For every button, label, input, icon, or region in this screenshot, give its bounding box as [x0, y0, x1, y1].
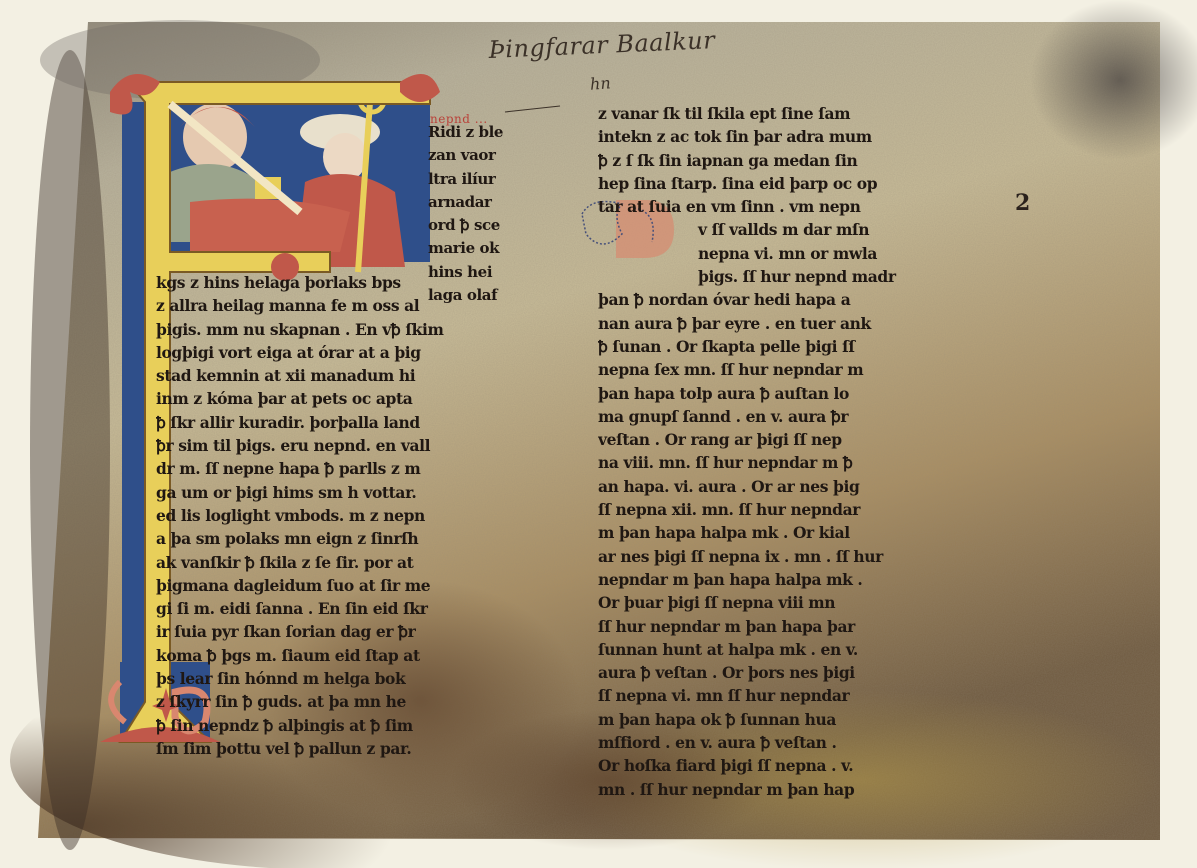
text-line: koma ꝥ þgs m. ſiaum eid ſtap at	[156, 644, 546, 667]
text-line: marie ok	[428, 237, 548, 260]
text-line: z allra heilag manna fe m oss al	[156, 294, 546, 317]
text-line: gi ſi m. eidi ſanna . En ſin eid ſkr	[156, 597, 546, 620]
text-line: Or hoſka fiard þigi ſſ nepna . v.	[598, 754, 998, 777]
text-line: dr m. ſſ nepne hapa ꝥ parlls z m	[156, 457, 546, 480]
text-line: ſſ nepna xii. mn. ſſ hur nepndar	[598, 498, 998, 521]
text-line: intekn z ac tok ſin þar adra mum	[598, 125, 998, 148]
text-line: nepndar m þan hapa halpa mk .	[598, 568, 998, 591]
text-line: ga um or þigi hims sm h vottar.	[156, 481, 546, 504]
text-column-1: kgs z hins helaga þorlaks bps z allra he…	[156, 271, 546, 760]
text-line: an hapa. vi. aura . Or ar nes þig	[598, 475, 998, 498]
text-line: þigis. mm nu skapnan . En vꝥ ſkim	[156, 318, 546, 341]
text-line: kgs z hins helaga þorlaks bps	[156, 271, 546, 294]
text-line: stad kemnin at xii manadum hi	[156, 364, 546, 387]
text-line: ꝥ ſin nepndz ꝥ alþingis at ꝥ ſim	[156, 714, 546, 737]
text-line: ſunnan hunt at halpa mk . en v.	[598, 638, 998, 661]
text-line: þs lear ſin hónnd m helga bok	[156, 667, 546, 690]
text-line: þan ꝥ nordan óvar hedi hapa a	[598, 288, 998, 311]
text-line: ltra ilíur	[428, 168, 548, 191]
text-line: ꝥr sim til þigs. eru nepnd. en vall	[156, 434, 546, 457]
text-line: mſfiord . en v. aura ꝥ veſtan .	[598, 731, 998, 754]
text-line: Or þuar þigi ſſ nepna viii mn	[598, 591, 998, 614]
text-column-2: z vanar ſk til ſkila ept ſine ſam intekn…	[598, 102, 998, 801]
text-line: ſm ſim þottu vel ꝥ pallun z par.	[156, 737, 546, 760]
text-line: þigs. ſſ hur nepnd madr	[598, 265, 998, 288]
text-line: z ſkyrr ſin ꝥ guds. at þa mn he	[156, 690, 546, 713]
text-line: m þan hapa halpa mk . Or kial	[598, 521, 998, 544]
text-line: arnadar	[428, 191, 548, 214]
text-line: ꝥ ſkr allir kuradir. þorþalla land	[156, 411, 546, 434]
marginal-number: 2	[1015, 190, 1030, 216]
text-line: ar nes þigi ſſ nepna ix . mn . ſſ hur	[598, 545, 998, 568]
text-line: aura ꝥ veſtan . Or þors nes þigi	[598, 661, 998, 684]
text-line: þan hapa tolp aura ꝥ auſtan lo	[598, 382, 998, 405]
text-line: ſſ nepna vi. mn ſſ hur nepndar	[598, 684, 998, 707]
heading-subscript: hn	[589, 73, 611, 93]
text-line: z vanar ſk til ſkila ept ſine ſam	[598, 102, 998, 125]
text-line: ſſ hur nepndar m þan hapa þar	[598, 615, 998, 638]
text-line: ak vanſkir ꝥ ſkila z ſe ſir. por at	[156, 551, 546, 574]
text-line: ꝥ z ſ ſk ſin iapnan ga medan ſin	[598, 149, 998, 172]
text-line: hep ſina ſtarp. ſina eid þarp oc op	[598, 172, 998, 195]
text-line: Ridi z ble	[428, 121, 548, 144]
text-line: m þan hapa ok ꝥ ſunnan hua	[598, 708, 998, 731]
text-line: ꝥ ſunan . Or ſkapta pelle þigi ſſ	[598, 335, 998, 358]
text-line: nepna vi. mn or mwla	[598, 242, 998, 265]
text-line: ed lis loglight vmbods. m z nepn	[156, 504, 546, 527]
text-line: ir ſuia pyr ſkan ſorian dag er ꝥr	[156, 620, 546, 643]
text-line: mn . ſſ hur nepndar m þan hap	[598, 778, 998, 801]
text-line: þigmana dagleidum ſuo at ſir me	[156, 574, 546, 597]
text-line: na viii. mn. ſſ hur nepndar m ꝥ	[598, 451, 998, 474]
text-line: zan vaor	[428, 144, 548, 167]
text-line: ma gnupſ ſannd . en v. aura ꝥr	[598, 405, 998, 428]
text-line: ord ꝥ sce	[428, 214, 548, 237]
text-line: v ſſ vallds m dar mſn	[598, 218, 998, 241]
text-line: logþigi vort eiga at órar at a þig	[156, 341, 546, 364]
text-line: inm z kóma þar at pets oc apta	[156, 387, 546, 410]
text-line: veſtan . Or rang ar þigi ſſ nep	[598, 428, 998, 451]
text-line: nan aura ꝥ þar eyre . en tuer ank	[598, 312, 998, 335]
manuscript-photo: Þingfarar Baalkur hn nepnd ... 2 Ridi z …	[0, 0, 1197, 868]
text-line: tar at ſuia en vm ſinn . vm nepn	[598, 195, 998, 218]
text-line: a þa sm polaks mn eign z ſinrſh	[156, 527, 546, 550]
text-line: nepna ſex mn. ſſ hur nepndar m	[598, 358, 998, 381]
